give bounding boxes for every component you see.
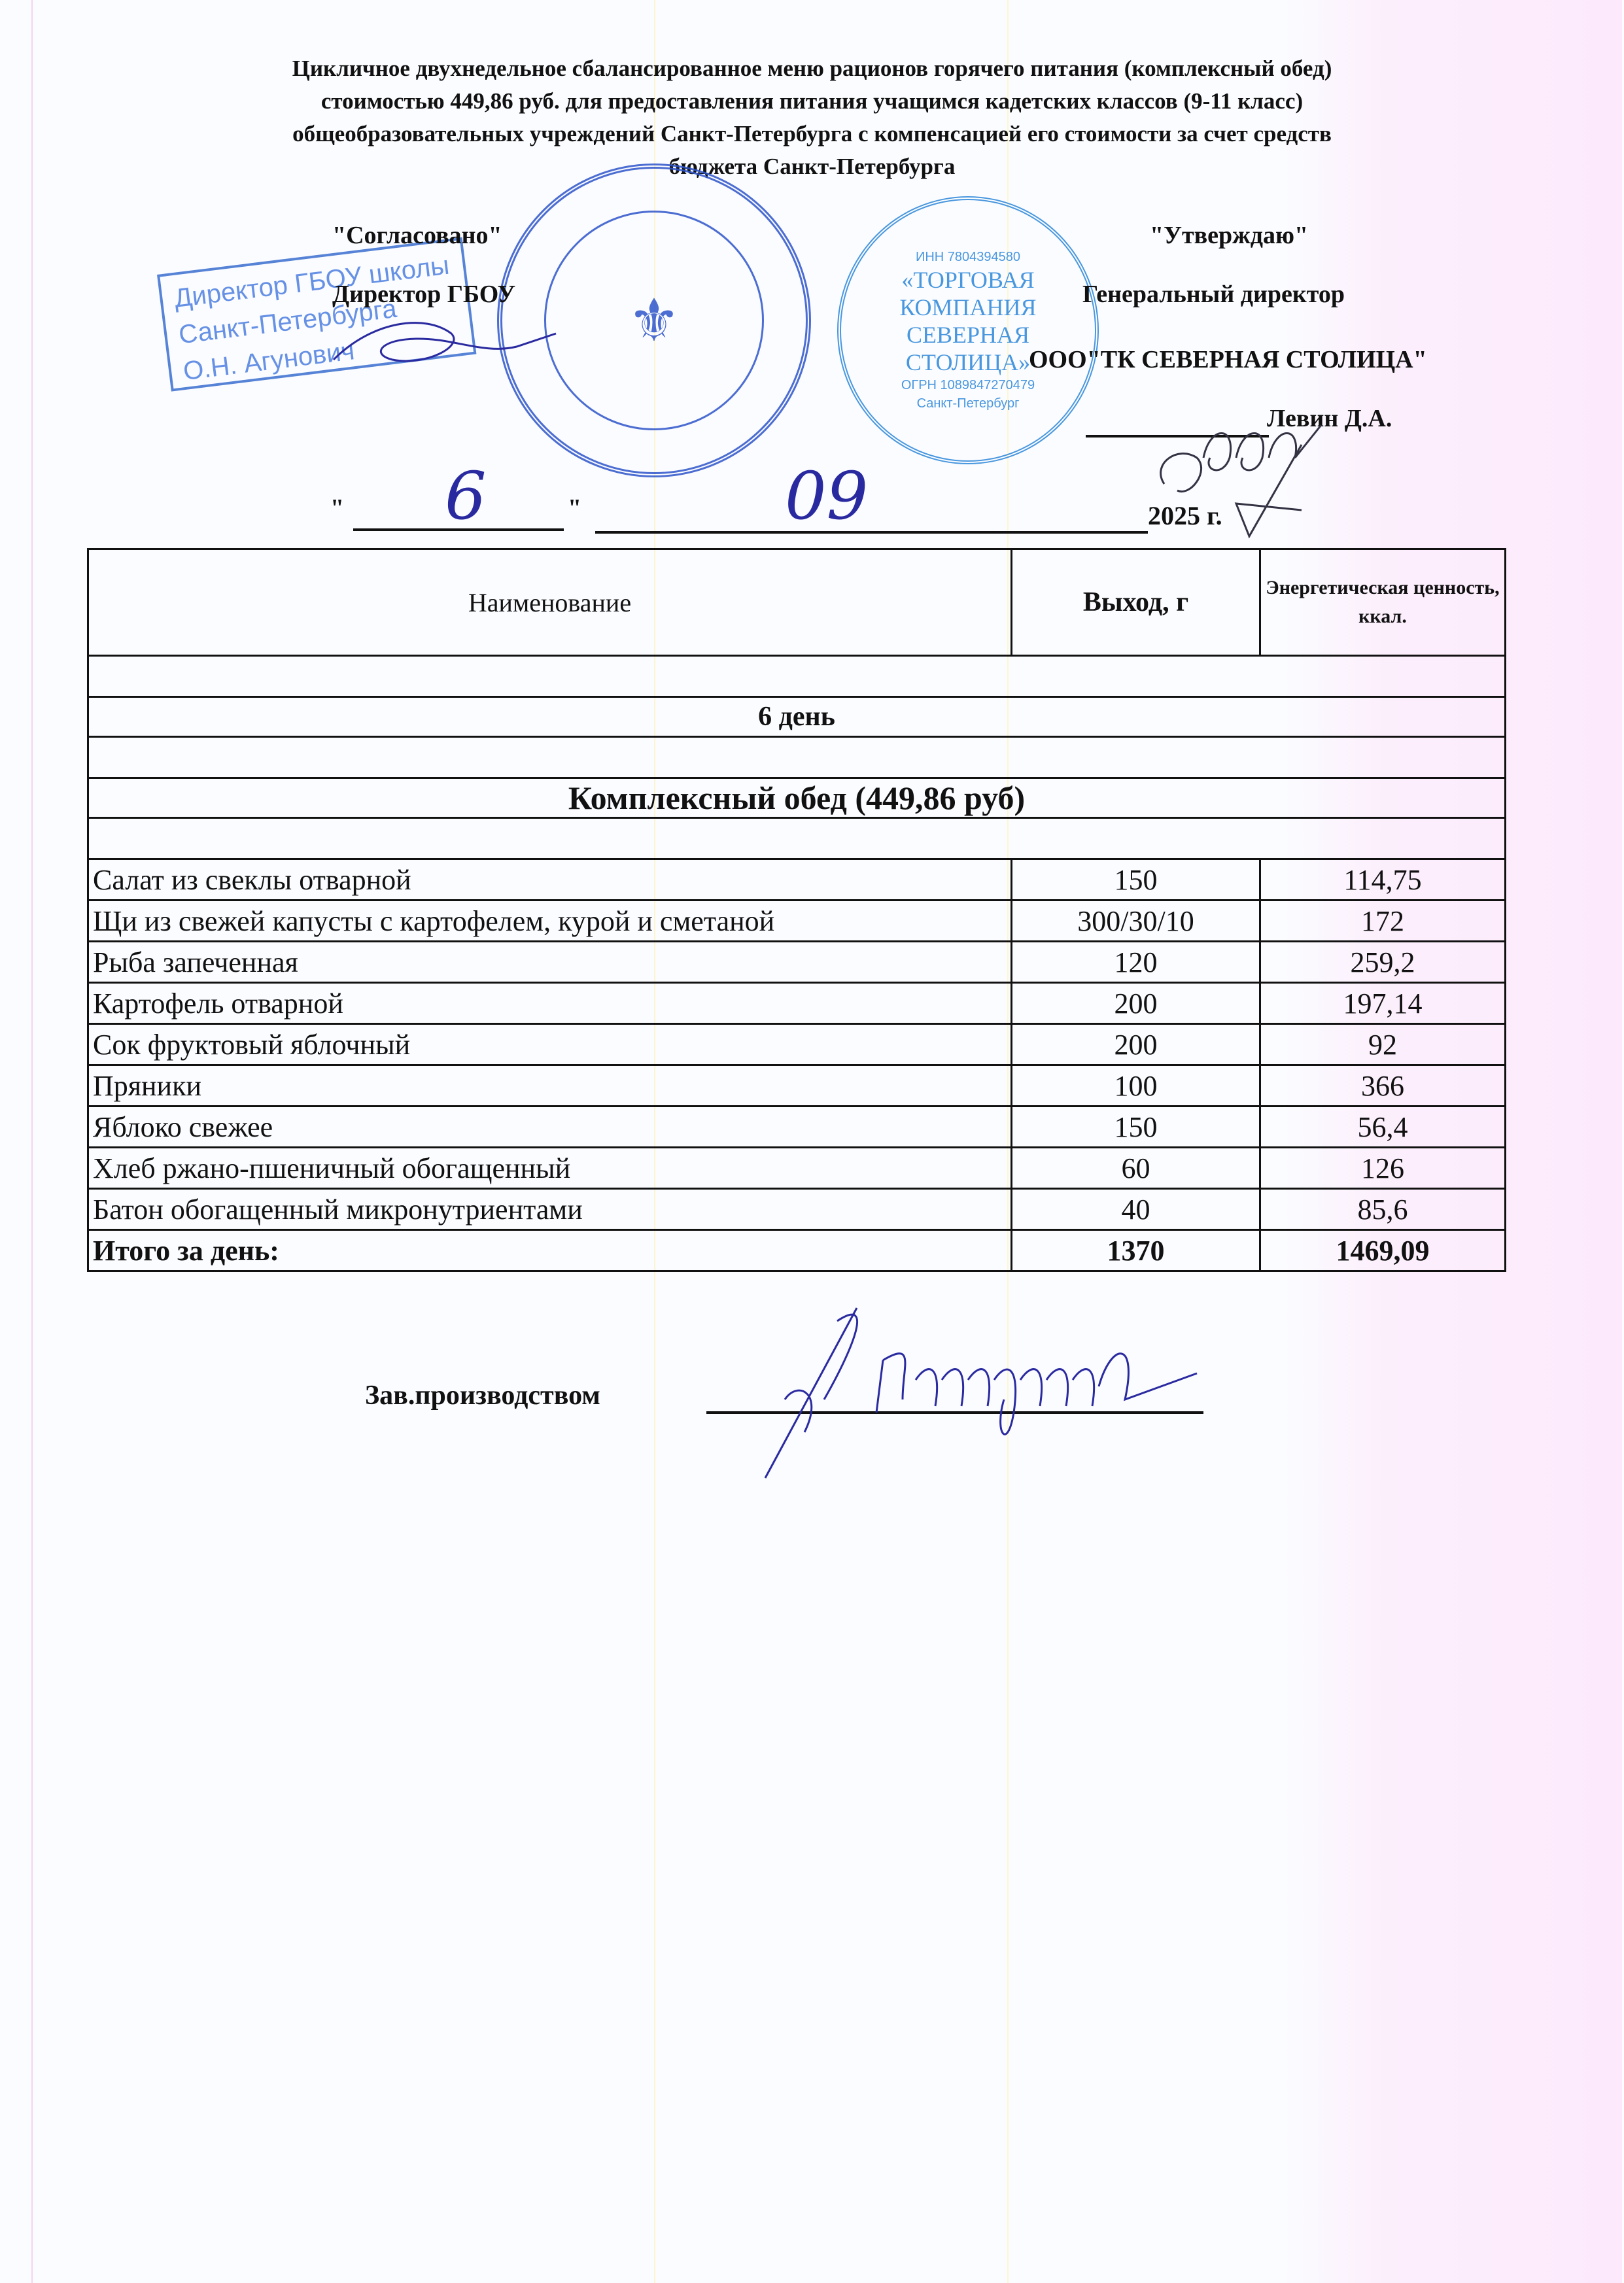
production-manager-signature bbox=[746, 1301, 1393, 1491]
item-name: Рыба запеченная bbox=[88, 942, 1012, 983]
item-name: Батон обогащенный микронутриентами bbox=[88, 1189, 1012, 1230]
spacer-row bbox=[88, 737, 1506, 778]
item-yield: 60 bbox=[1012, 1148, 1260, 1189]
date-month-line bbox=[595, 531, 1148, 534]
company-seal: ИНН 7804394580 «ТОРГОВАЯ КОМПАНИЯ СЕВЕРН… bbox=[837, 196, 1099, 464]
table-row: Картофель отварной200197,14 bbox=[88, 983, 1506, 1024]
seal-inn: ИНН 7804394580 bbox=[916, 248, 1020, 266]
item-yield: 200 bbox=[1012, 983, 1260, 1024]
item-name: Щи из свежей капусты с картофелем, курой… bbox=[88, 901, 1012, 942]
date-close-quote: " bbox=[568, 494, 581, 523]
item-yield: 120 bbox=[1012, 942, 1260, 983]
item-energy: 197,14 bbox=[1260, 983, 1506, 1024]
total-label: Итого за день: bbox=[88, 1230, 1012, 1271]
header-energy: Энергетическая ценность, ккал. bbox=[1260, 549, 1506, 656]
total-row: Итого за день: 1370 1469,09 bbox=[88, 1230, 1506, 1271]
approve-heading: "Утверждаю" bbox=[1150, 221, 1308, 250]
coat-of-arms-icon: ⚜ bbox=[544, 211, 764, 430]
item-energy: 172 bbox=[1260, 901, 1506, 942]
title-line: стоимостью 449,86 руб. для предоставлени… bbox=[0, 85, 1624, 118]
date-year: 2025 г. bbox=[1148, 500, 1222, 531]
menu-table: Наименование Выход, г Энергетическая цен… bbox=[87, 548, 1506, 1272]
date-month: 09 bbox=[785, 458, 868, 534]
total-yield: 1370 bbox=[1012, 1230, 1260, 1271]
document-title: Цикличное двухнедельное сбалансированное… bbox=[0, 52, 1624, 183]
table-row: Яблоко свежее15056,4 bbox=[88, 1107, 1506, 1148]
table-row: Батон обогащенный микронутриентами4085,6 bbox=[88, 1189, 1506, 1230]
table-row: Хлеб ржано-пшеничный обогащенный60126 bbox=[88, 1148, 1506, 1189]
spacer-row bbox=[88, 656, 1506, 697]
seal-line: КОМПАНИЯ bbox=[899, 294, 1036, 321]
item-yield: 200 bbox=[1012, 1024, 1260, 1065]
item-name: Пряники bbox=[88, 1065, 1012, 1107]
table-header-row: Наименование Выход, г Энергетическая цен… bbox=[88, 549, 1506, 656]
title-line: общеобразовательных учреждений Санкт-Пет… bbox=[0, 118, 1624, 150]
item-yield: 40 bbox=[1012, 1189, 1260, 1230]
item-energy: 366 bbox=[1260, 1065, 1506, 1107]
date-day: 6 bbox=[445, 458, 487, 534]
table-row: Щи из свежей капусты с картофелем, курой… bbox=[88, 901, 1506, 942]
item-energy: 126 bbox=[1260, 1148, 1506, 1189]
header-yield: Выход, г bbox=[1012, 549, 1260, 656]
table-row: Сок фруктовый яблочный20092 bbox=[88, 1024, 1506, 1065]
meal-row: Комплексный обед (449,86 руб) bbox=[88, 778, 1506, 818]
item-name: Картофель отварной bbox=[88, 983, 1012, 1024]
item-energy: 92 bbox=[1260, 1024, 1506, 1065]
item-energy: 259,2 bbox=[1260, 942, 1506, 983]
production-manager-label: Зав.производством bbox=[365, 1380, 600, 1411]
menu-items: Салат из свеклы отварной150114,75Щи из с… bbox=[88, 859, 1506, 1230]
total-energy: 1469,09 bbox=[1260, 1230, 1506, 1271]
date-open-quote: " bbox=[330, 494, 344, 523]
table-row: Пряники100366 bbox=[88, 1065, 1506, 1107]
item-yield: 150 bbox=[1012, 1107, 1260, 1148]
item-yield: 300/30/10 bbox=[1012, 901, 1260, 942]
approve-company: ООО"ТК СЕВЕРНАЯ СТОЛИЦА" bbox=[1029, 345, 1427, 374]
item-name: Яблоко свежее bbox=[88, 1107, 1012, 1148]
item-energy: 85,6 bbox=[1260, 1189, 1506, 1230]
spacer-row bbox=[88, 818, 1506, 859]
item-name: Хлеб ржано-пшеничный обогащенный bbox=[88, 1148, 1012, 1189]
scan-artifact bbox=[31, 0, 33, 2283]
item-name: Салат из свеклы отварной bbox=[88, 859, 1012, 901]
title-line: Цикличное двухнедельное сбалансированное… bbox=[0, 52, 1624, 85]
day-row: 6 день bbox=[88, 697, 1506, 737]
item-energy: 114,75 bbox=[1260, 859, 1506, 901]
spacer-cell bbox=[88, 818, 1506, 859]
table-row: Салат из свеклы отварной150114,75 bbox=[88, 859, 1506, 901]
spacer-cell bbox=[88, 737, 1506, 778]
day-label: 6 день bbox=[88, 697, 1506, 737]
item-name: Сок фруктовый яблочный bbox=[88, 1024, 1012, 1065]
item-energy: 56,4 bbox=[1260, 1107, 1506, 1148]
table-row: Рыба запеченная120259,2 bbox=[88, 942, 1506, 983]
director-signature bbox=[294, 307, 569, 386]
item-yield: 150 bbox=[1012, 859, 1260, 901]
seal-ogrn: ОГРН 1089847270479 bbox=[901, 376, 1035, 394]
seal-line: «ТОРГОВАЯ bbox=[901, 266, 1034, 294]
approve-position: Генеральный директор bbox=[1082, 280, 1345, 309]
agreed-position: Директор ГБОУ bbox=[332, 280, 515, 309]
seal-line: СЕВЕРНАЯ bbox=[907, 321, 1029, 349]
agreed-heading: "Согласовано" bbox=[332, 221, 502, 250]
spacer-cell bbox=[88, 656, 1506, 697]
meal-label: Комплексный обед (449,86 руб) bbox=[88, 778, 1506, 818]
seal-city: Санкт-Петербург bbox=[917, 394, 1020, 413]
item-yield: 100 bbox=[1012, 1065, 1260, 1107]
title-line: бюджета Санкт-Петербурга bbox=[0, 150, 1624, 183]
seal-line: СТОЛИЦА» bbox=[906, 349, 1030, 376]
header-name: Наименование bbox=[88, 549, 1012, 656]
